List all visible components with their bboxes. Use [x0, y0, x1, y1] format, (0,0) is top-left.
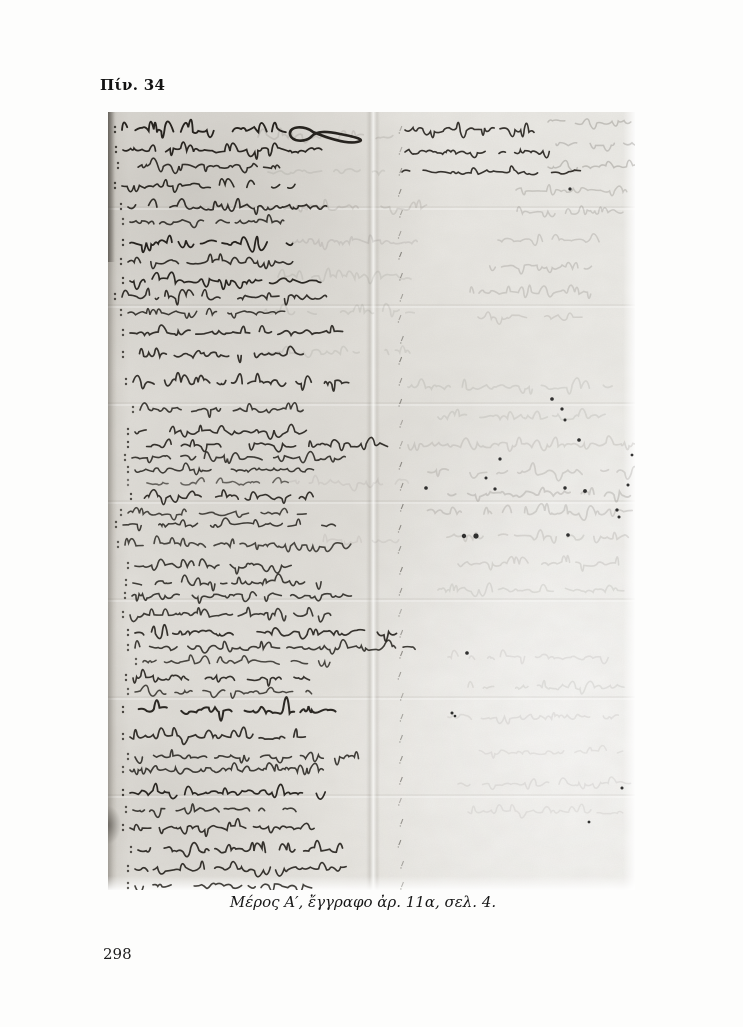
handwriting-layer [108, 112, 635, 890]
plate-label: Πίν. 34 [100, 76, 165, 94]
manuscript-photo [108, 112, 635, 890]
page-number: 298 [103, 945, 132, 963]
photo-caption: Μέρος Α′, ἔγγραφο ἀρ. 11α, σελ. 4. [80, 893, 646, 911]
scan-page: Πίν. 34 Μέρος Α′, ἔγγραφο ἀρ. 11 [0, 0, 743, 1027]
